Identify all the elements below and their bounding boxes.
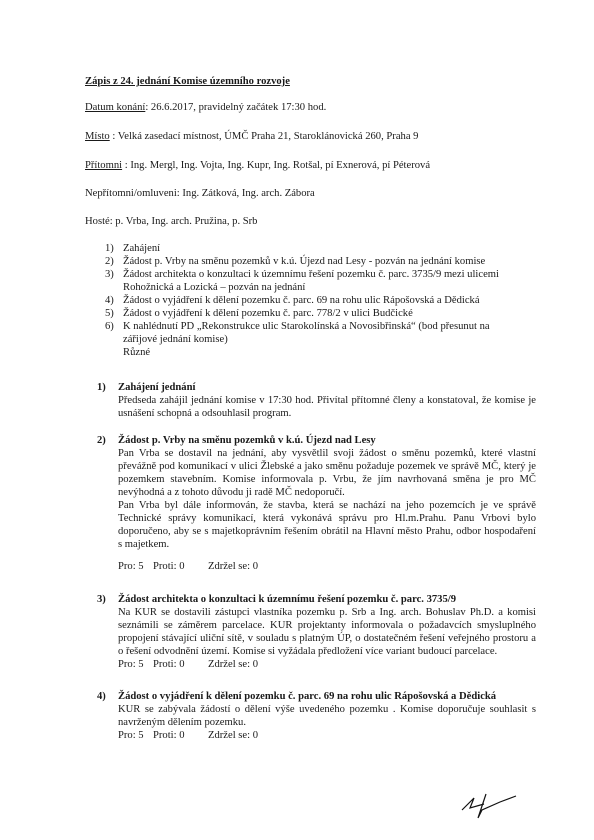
place-label: Místo <box>85 131 110 142</box>
agenda-item-continuation: zářijové jednání komise) <box>123 333 228 346</box>
section-body: Na KUR se dostavili zástupci vlastníka p… <box>118 606 536 658</box>
meta-place: Místo : Velká zasedací místnost, ÚMČ Pra… <box>85 130 418 143</box>
agenda-item-continuation: Rohožnická a Lozická – pozván na jednání <box>123 281 305 294</box>
section-body: Předseda zahájil jednání komise v 17:30 … <box>118 394 536 420</box>
agenda-item: 5)Žádost o vyjádření k dělení pozemku č.… <box>105 307 413 320</box>
date-label: Datum konání <box>85 102 145 113</box>
section-heading: 2)Žádost p. Vrby na směnu pozemků v k.ú.… <box>97 434 376 447</box>
meta-absent: Nepřítomni/omluveni: Ing. Zátková, Ing. … <box>85 187 315 200</box>
agenda-item: 6)K nahlédnutí PD „Rekonstrukce ulic Sta… <box>105 320 490 333</box>
meta-date: Datum konání: 26.6.2017, pravidelný začá… <box>85 101 326 114</box>
signature-icon <box>460 780 530 824</box>
document-title: Zápis z 24. jednání Komise územního rozv… <box>85 75 290 88</box>
vote-result: Pro: 5Proti: 0Zdržel se: 0 <box>118 560 258 573</box>
vote-result: Pro: 5Proti: 0Zdržel se: 0 <box>118 729 258 742</box>
meta-guests: Hosté: p. Vrba, Ing. arch. Pružina, p. S… <box>85 215 257 228</box>
section-heading: 3)Žádost architekta o konzultaci k územn… <box>97 593 456 606</box>
vote-result: Pro: 5Proti: 0Zdržel se: 0 <box>118 658 258 671</box>
meta-present: Přítomni : Ing. Mergl, Ing. Vojta, Ing. … <box>85 159 430 172</box>
date-value: : 26.6.2017, pravidelný začátek 17:30 ho… <box>145 102 326 113</box>
section-body: Pan Vrba se dostavil na jednání, aby vys… <box>118 447 536 551</box>
agenda-item: 3)Žádost architekta o konzultaci k územn… <box>105 268 499 281</box>
section-body: KUR se zabývala žádostí o dělení výše uv… <box>118 703 536 729</box>
agenda-item: 1)Zahájení <box>105 242 160 255</box>
present-label: Přítomni <box>85 160 122 171</box>
agenda-item: 4)Žádost o vyjádření k dělení pozemku č.… <box>105 294 480 307</box>
section-heading: 4)Žádost o vyjádření k dělení pozemku č.… <box>97 690 496 703</box>
agenda-item: 2)Žádost p. Vrby na směnu pozemků v k.ú.… <box>105 255 485 268</box>
present-value: : Ing. Mergl, Ing. Vojta, Ing. Kupr, Ing… <box>122 160 430 171</box>
agenda-item: Různé <box>123 346 150 359</box>
place-value: : Velká zasedací místnost, ÚMČ Praha 21,… <box>110 131 419 142</box>
section-heading: 1)Zahájení jednání <box>97 381 195 394</box>
